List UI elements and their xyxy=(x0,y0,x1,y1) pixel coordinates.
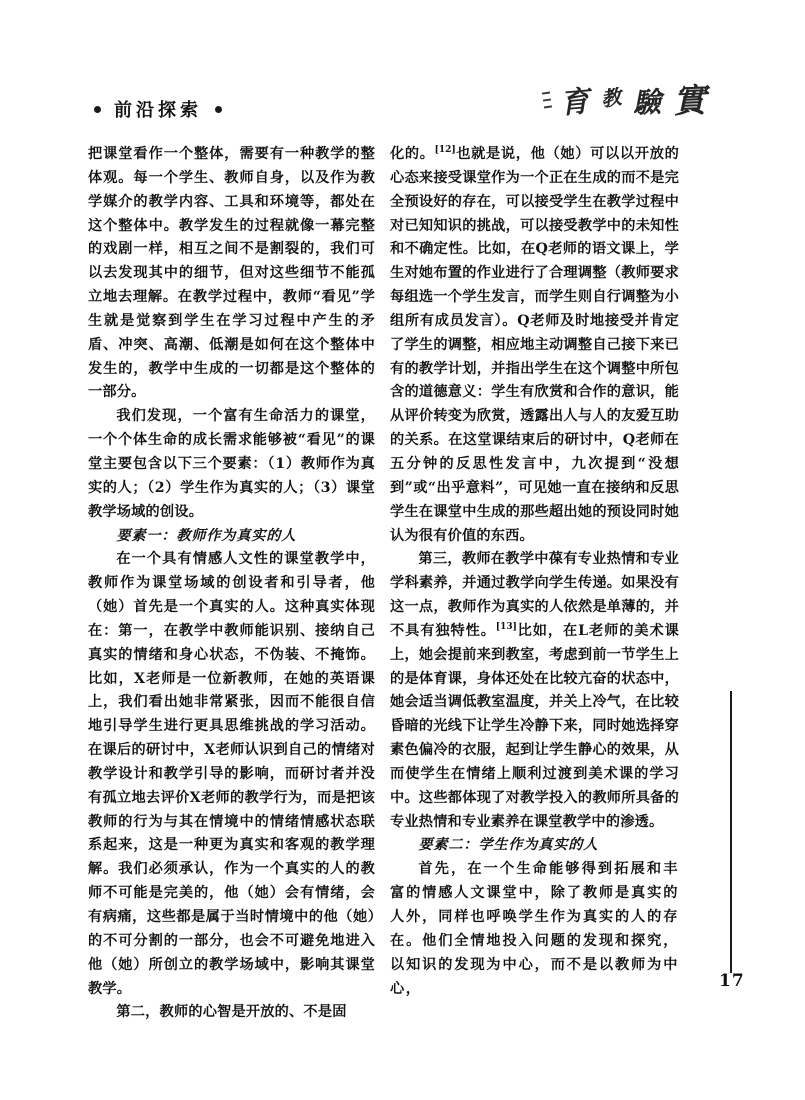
logo-char: 實 xyxy=(672,83,706,117)
bullet-icon xyxy=(215,106,222,113)
logo-char: 育 xyxy=(559,86,590,117)
paragraph: 我们发现，一个富有生命活力的课堂，一个个体生命的成长需求能够被“看见”的课堂主要… xyxy=(88,405,375,524)
logo-signature-mark xyxy=(542,92,552,109)
bullet-icon xyxy=(94,106,101,113)
logo-char: 教 xyxy=(600,86,623,109)
scanned-journal-page: 前沿探索 育 教 驗 實 把课堂看作一个整体，需要有一种教学的整体观。每一个学生… xyxy=(0,0,805,1100)
page-number: 17 xyxy=(719,971,745,991)
signature-stroke xyxy=(543,98,551,101)
section-header: 前沿探索 xyxy=(94,96,222,122)
text-column-left: 把课堂看作一个整体，需要有一种教学的整体观。每一个学生、教师自身，以及作为教学媒… xyxy=(88,143,375,1025)
footnote-ref: [12] xyxy=(435,145,456,155)
paragraph-text: 化的。 xyxy=(390,146,435,162)
paragraph-broken: 第二，教师的心智是开放的、不是固 xyxy=(88,1001,375,1025)
paragraph-continued: 化的。[12]也就是说，他（她）可以以开放的心态来接受课堂作为一个正在生成的而不… xyxy=(390,143,679,548)
paragraph: 在一个具有情感人文性的课堂教学中，教师作为课堂场域的创设者和引导者，他（她）首先… xyxy=(88,548,375,1001)
subsection-heading-2: 要素二：学生作为真实的人 xyxy=(390,834,679,858)
journal-logo-calligraphy: 育 教 驗 實 xyxy=(543,70,695,130)
paragraph: 首先，在一个生命能够得到拓展和丰富的情感人文课堂中，除了教师是真实的人外，同样也… xyxy=(390,858,679,1001)
logo-characters: 育 教 驗 實 xyxy=(560,84,706,117)
paragraph-continued: 把课堂看作一个整体，需要有一种教学的整体观。每一个学生、教师自身，以及作为教学媒… xyxy=(88,143,375,405)
signature-stroke xyxy=(544,105,552,108)
logo-char: 驗 xyxy=(632,88,661,117)
section-title: 前沿探索 xyxy=(114,96,202,122)
subsection-heading-1: 要素一：教师作为真实的人 xyxy=(88,525,375,549)
paragraph: 第三，教师在教学中葆有专业热情和专业学科素养，并通过教学向学生传递。如果没有这一… xyxy=(390,548,679,834)
paragraph-text: 比如，在L老师的美术课上，她会提前来到教室，考虑到前一节学生上的是体育课，身体还… xyxy=(390,623,679,830)
paragraph-text: 也就是说，他（她）可以以开放的心态来接受课堂作为一个正在生成的而不是完全预设好的… xyxy=(390,146,679,544)
margin-divider-line xyxy=(730,691,732,973)
signature-stroke xyxy=(542,92,550,95)
footnote-ref: [13] xyxy=(496,622,517,632)
text-column-right: 化的。[12]也就是说，他（她）可以以开放的心态来接受课堂作为一个正在生成的而不… xyxy=(390,143,679,1001)
